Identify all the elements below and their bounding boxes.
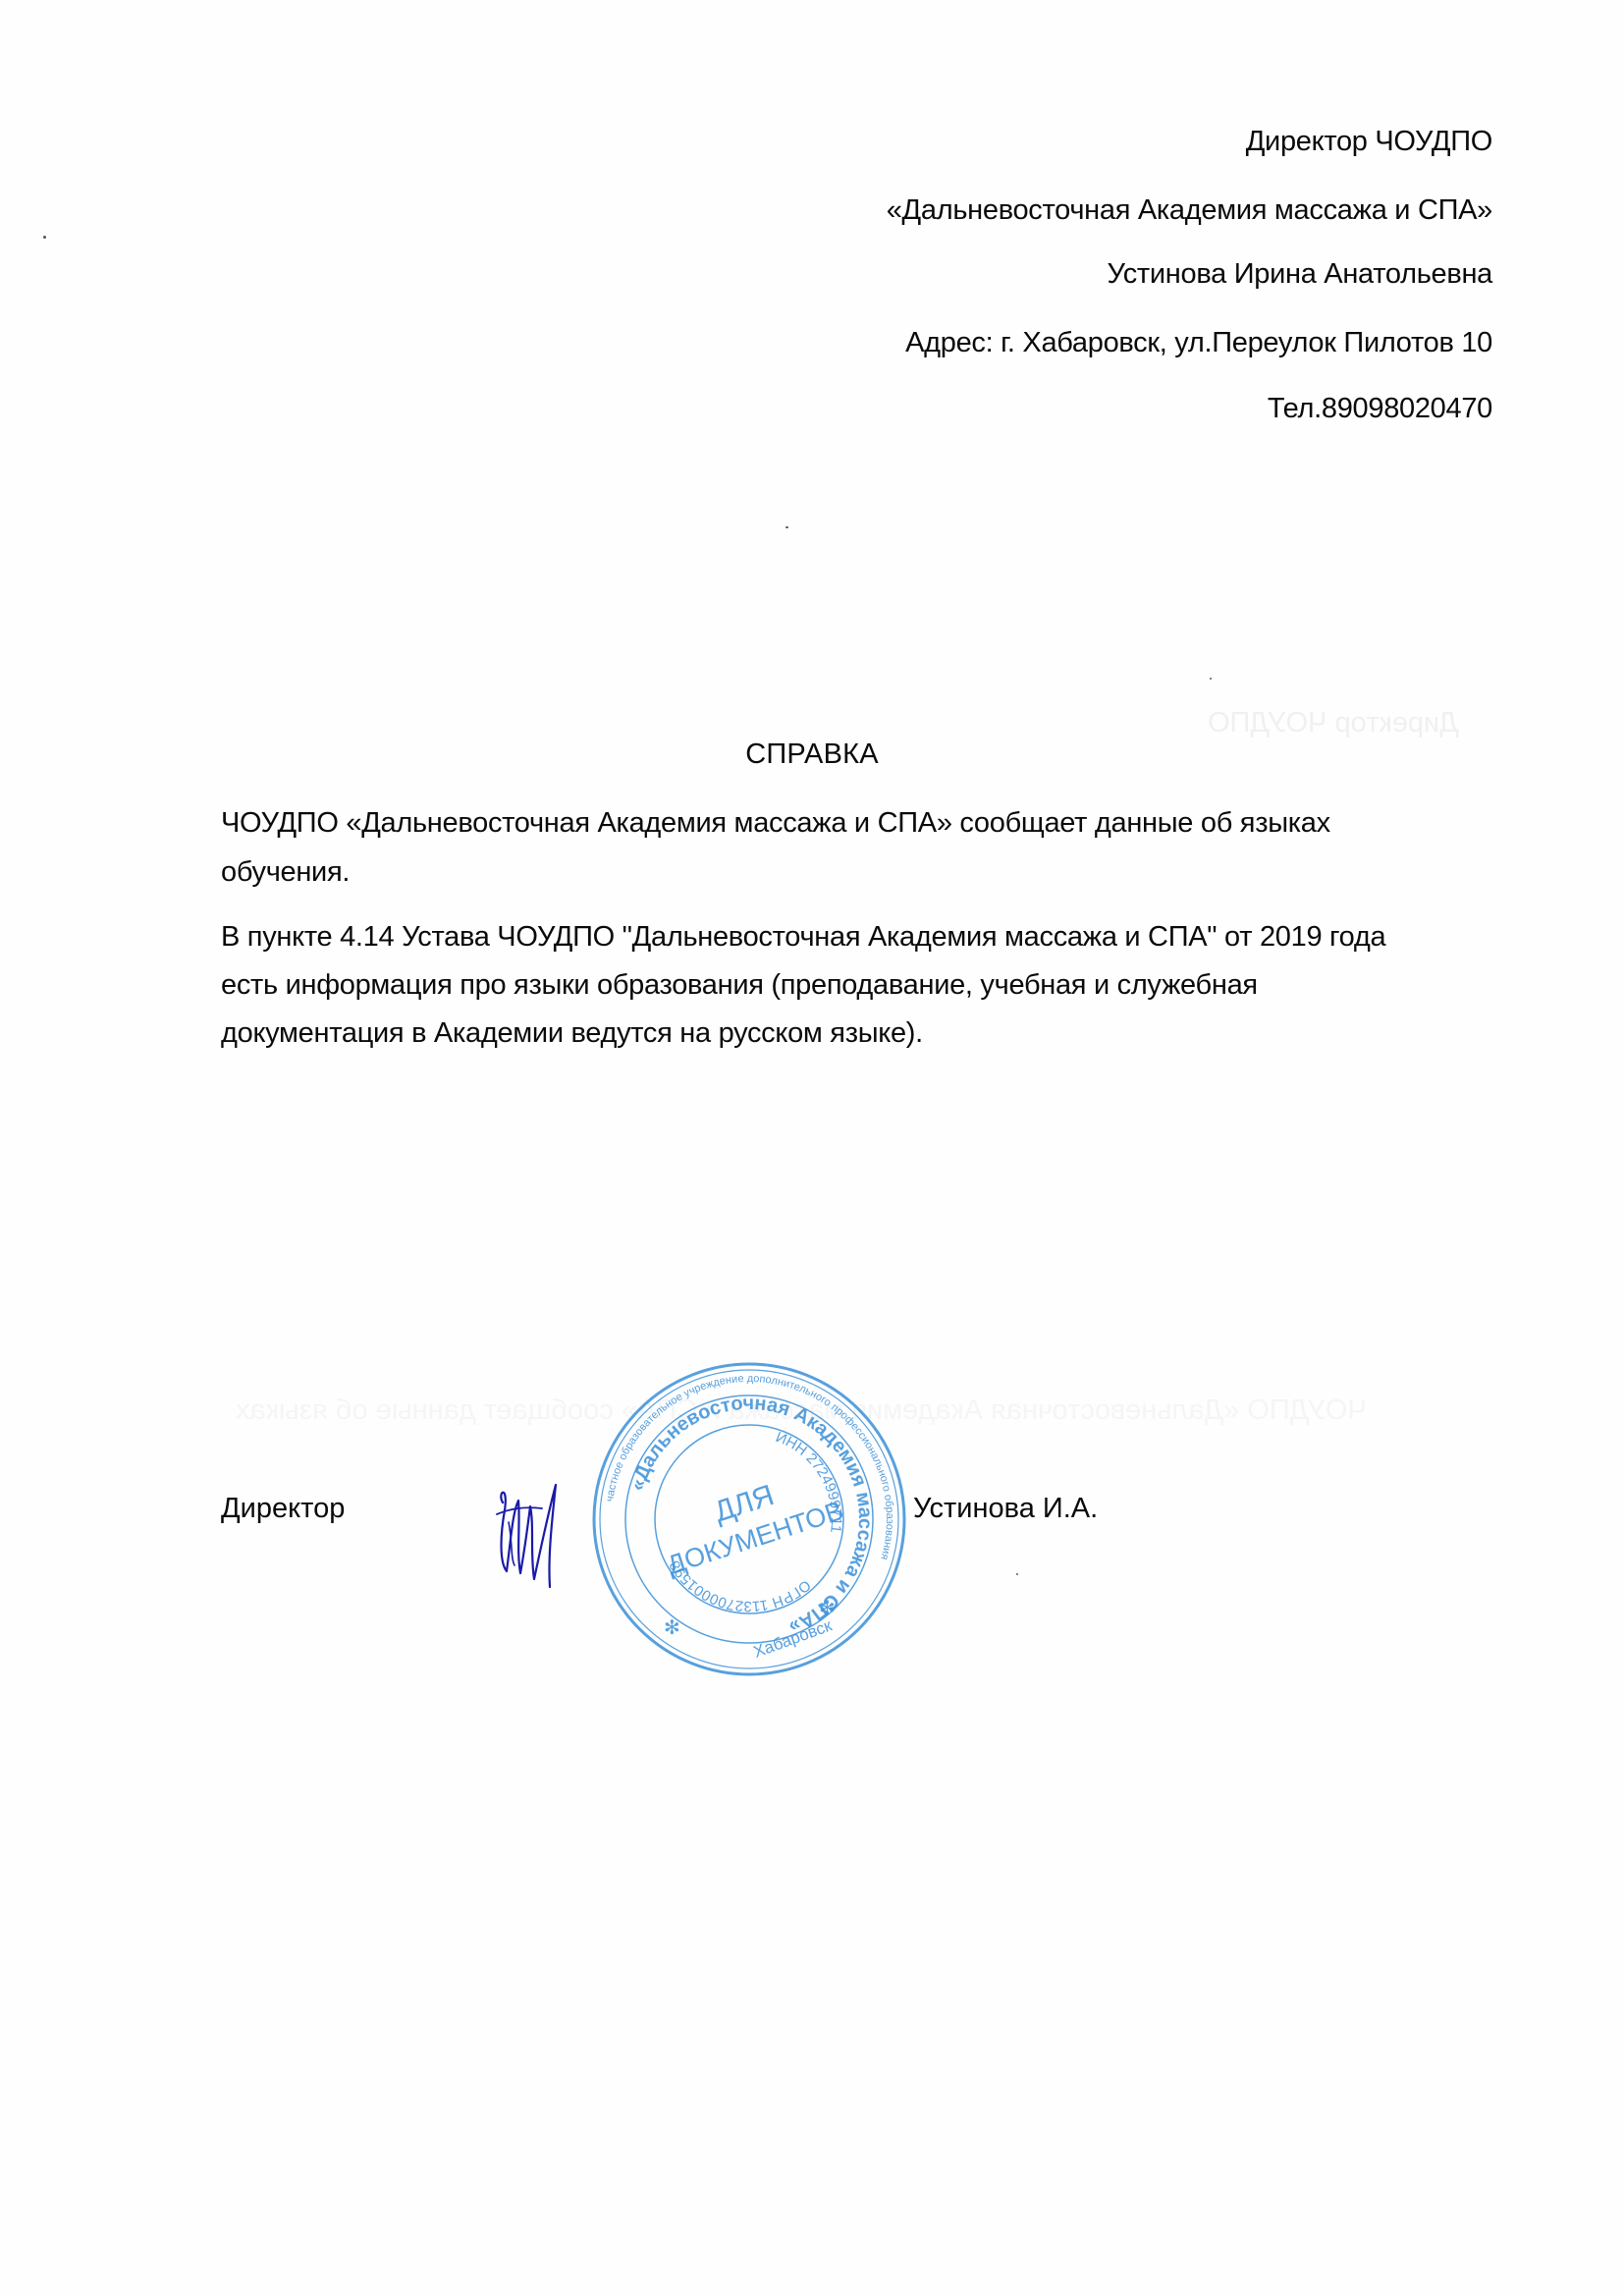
stamp-star-icon: ✻ xyxy=(664,1617,680,1639)
document-title: СПРАВКА xyxy=(0,738,1624,771)
stamp-star-icon: ✻ xyxy=(819,1598,836,1619)
bleed-through-text: Директор ЧОУДПО xyxy=(1208,707,1459,739)
paragraph-2-line-1: В пункте 4.14 Устава ЧОУДПО "Дальневосто… xyxy=(221,921,1385,954)
addressee-organization: «Дальневосточная Академия массажа и СПА» xyxy=(887,194,1492,227)
addressee-position: Директор ЧОУДПО xyxy=(1246,126,1492,158)
addressee-phone: Тел.89098020470 xyxy=(1268,393,1492,425)
paragraph-1-line-2: обучения. xyxy=(221,856,350,889)
paragraph-2-line-3: документация в Академии ведутся на русск… xyxy=(221,1017,923,1050)
paragraph-2-line-2: есть информация про языки образования (п… xyxy=(221,969,1258,1002)
paragraph-1-line-1: ЧОУДПО «Дальневосточная Академия массажа… xyxy=(221,807,1330,840)
addressee-address: Адрес: г. Хабаровск, ул.Переулок Пилотов… xyxy=(905,327,1492,359)
document-page: Директор ЧОУДПО ЧОУДПО «Дальневосточная … xyxy=(0,0,1624,2296)
scan-speck xyxy=(1016,1573,1018,1575)
scan-speck xyxy=(43,236,46,239)
scan-speck xyxy=(1210,678,1212,680)
handwritten-signature xyxy=(491,1463,579,1591)
organization-stamp: частное образовательное учреждение допол… xyxy=(587,1357,911,1681)
scan-speck xyxy=(785,526,788,528)
addressee-name: Устинова Ирина Анатольевна xyxy=(1108,258,1492,291)
signatory-name: Устинова И.А. xyxy=(913,1493,1098,1525)
signatory-position: Директор xyxy=(221,1493,345,1525)
